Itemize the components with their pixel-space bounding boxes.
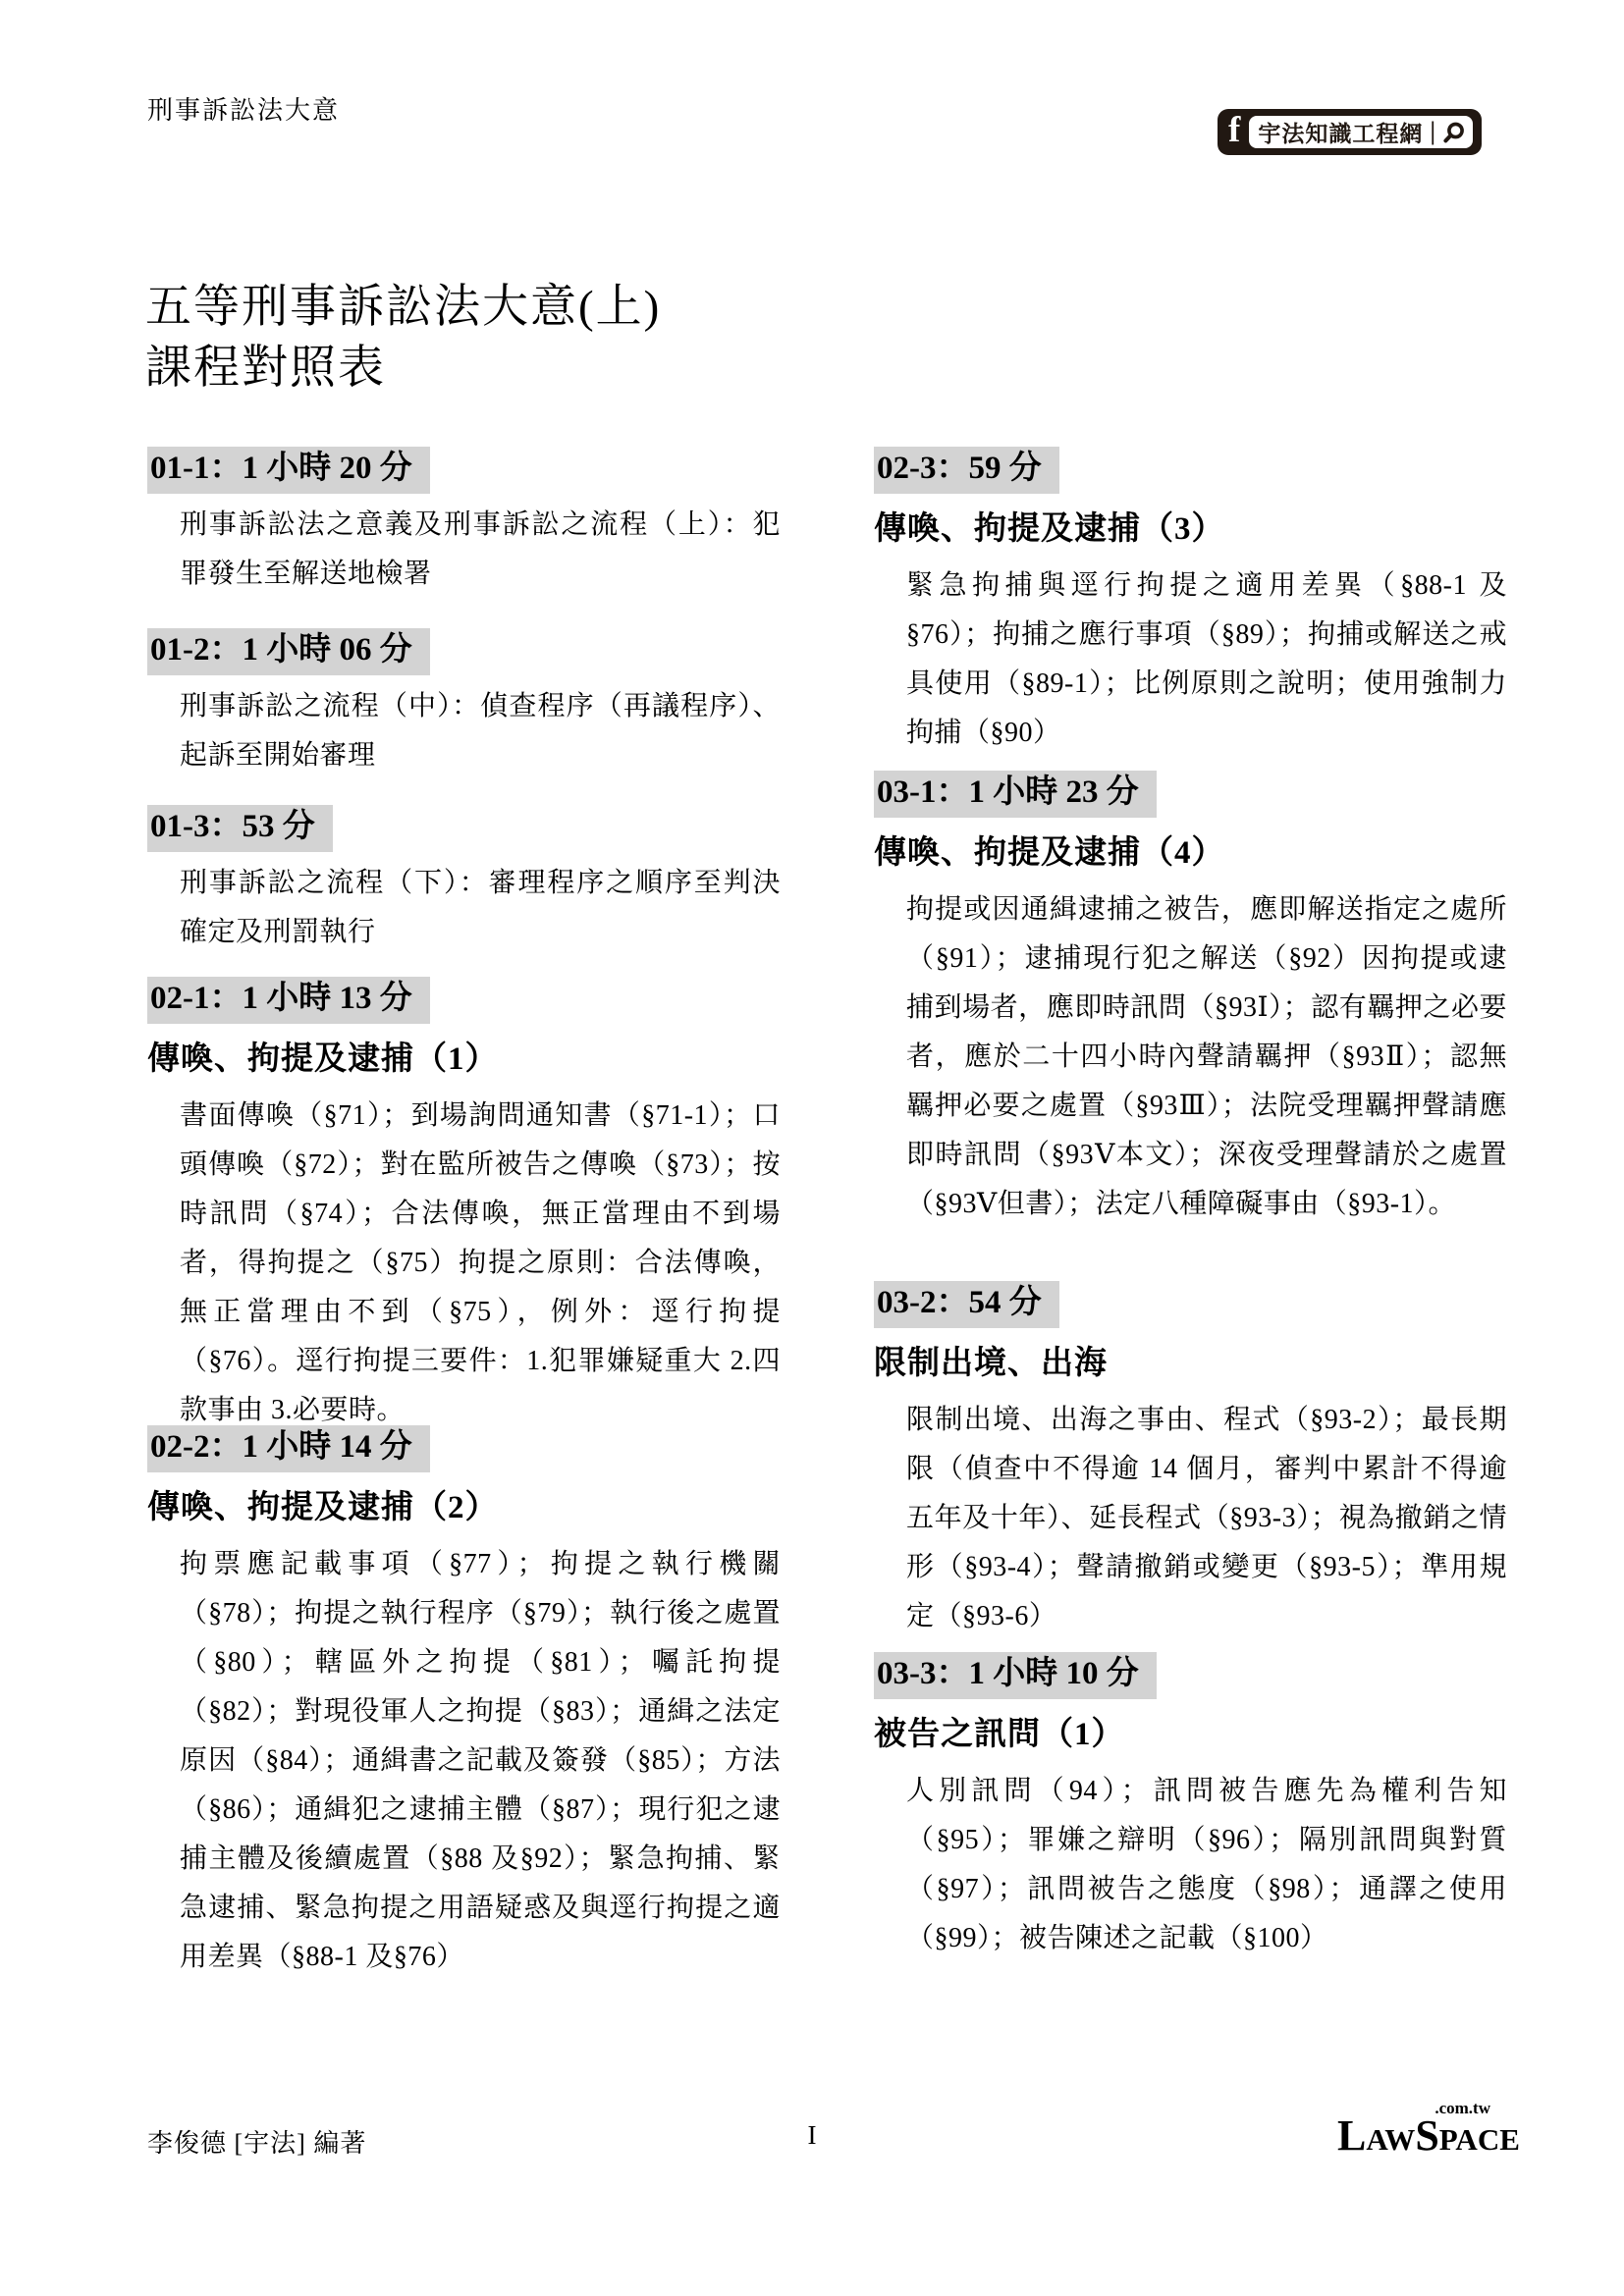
duration-highlight: 03-3：1 小時 10 分	[874, 1652, 1157, 1699]
course-section: 01-2：1 小時 06 分刑事訴訟之流程（中）：偵查程序（再議程序）、起訴至開…	[147, 628, 784, 780]
facebook-search-badge: f 宇法知識工程網 |	[1218, 109, 1482, 155]
duration-highlight: 02-2：1 小時 14 分	[147, 1425, 430, 1472]
section-topic-subtitle: 被告之訊問（1）	[874, 1708, 1510, 1754]
logo-wordmark: LAWSPACE	[1337, 2137, 1520, 2154]
duration-highlight: 03-1：1 小時 23 分	[874, 771, 1157, 818]
course-section: 02-2：1 小時 14 分傳喚、拘提及逮捕（2）拘票應記載事項（§77）；拘提…	[147, 1425, 784, 1982]
section-body: 刑事訴訟之流程（下）：審理程序之順序至判決確定及刑罰執行	[180, 859, 781, 957]
duration-highlight: 02-1：1 小時 13 分	[147, 977, 430, 1024]
running-header: 刑事訴訟法大意	[147, 90, 340, 127]
section-body: 拘提或因通緝逮捕之被告，應即解送指定之處所（§91）；逮捕現行犯之解送（§92）…	[906, 885, 1507, 1229]
course-section: 03-1：1 小時 23 分傳喚、拘提及逮捕（4）拘提或因通緝逮捕之被告，應即解…	[874, 771, 1510, 1229]
section-duration-header: 03-3：1 小時 10 分	[874, 1652, 1510, 1699]
course-section: 02-3：59 分傳喚、拘提及逮捕（3）緊急拘捕與逕行拘提之適用差異（§88-1…	[874, 447, 1510, 758]
section-body: 刑事訴訟法之意義及刑事訴訟之流程（上）：犯罪發生至解送地檢署	[180, 501, 781, 599]
section-topic-subtitle: 傳喚、拘提及逮捕（2）	[147, 1481, 784, 1527]
section-duration-header: 01-2：1 小時 06 分	[147, 628, 784, 675]
badge-site-name: 宇法知識工程網	[1258, 116, 1423, 148]
section-duration-header: 02-2：1 小時 14 分	[147, 1425, 784, 1472]
course-section: 02-1：1 小時 13 分傳喚、拘提及逮捕（1）書面傳喚（§71）；到場詢問通…	[147, 977, 784, 1435]
page-title-line2: 課程對照表	[145, 338, 661, 399]
duration-highlight: 02-3：59 分	[874, 447, 1059, 494]
page-title-line1: 五等刑事訴訟法大意(上)	[145, 277, 661, 338]
logo-letters: AW	[1366, 2122, 1415, 2157]
section-body: 限制出境、出海之事由、程式（§93-2）；最長期限（偵查中不得逾 14 個月，審…	[906, 1396, 1507, 1641]
section-topic-subtitle: 限制出境、出海	[874, 1337, 1510, 1383]
section-body: 拘票應記載事項（§77）；拘提之執行機關（§78）；拘提之執行程序（§79）；執…	[180, 1540, 781, 1982]
section-body: 緊急拘捕與逕行拘提之適用差異（§88-1 及§76）；拘捕之應行事項（§89）；…	[906, 561, 1507, 758]
section-duration-header: 01-3：53 分	[147, 805, 784, 852]
logo-letter: S	[1415, 2111, 1438, 2160]
section-duration-header: 03-2：54 分	[874, 1281, 1510, 1328]
course-section: 01-1：1 小時 20 分刑事訴訟法之意義及刑事訴訟之流程（上）：犯罪發生至解…	[147, 447, 784, 599]
page-title: 五等刑事訴訟法大意(上) 課程對照表	[145, 277, 661, 399]
logo-letter: L	[1337, 2111, 1366, 2160]
course-section: 01-3：53 分刑事訴訟之流程（下）：審理程序之順序至判決確定及刑罰執行	[147, 805, 784, 957]
section-body: 人別訊問（94）；訊問被告應先為權利告知（§95）；罪嫌之辯明（§96）；隔別訊…	[906, 1767, 1507, 1963]
section-body: 刑事訴訟之流程（中）：偵查程序（再議程序）、起訴至開始審理	[180, 682, 781, 780]
section-duration-header: 02-3：59 分	[874, 447, 1510, 494]
lawspace-logo: .com.tw LAWSPACE	[1337, 2100, 1492, 2158]
course-section: 03-3：1 小時 10 分被告之訊問（1）人別訊問（94）；訊問被告應先為權利…	[874, 1652, 1510, 1963]
section-topic-subtitle: 傳喚、拘提及逮捕（3）	[874, 503, 1510, 549]
logo-letters: PACE	[1439, 2122, 1520, 2157]
badge-divider: |	[1430, 117, 1435, 146]
duration-highlight: 01-2：1 小時 06 分	[147, 628, 430, 675]
search-icon	[1442, 121, 1466, 144]
section-topic-subtitle: 傳喚、拘提及逮捕（4）	[874, 827, 1510, 873]
duration-highlight: 03-2：54 分	[874, 1281, 1059, 1328]
duration-highlight: 01-3：53 分	[147, 805, 333, 852]
section-body: 書面傳喚（§71）；到場詢問通知書（§71-1）；口頭傳喚（§72）；對在監所被…	[180, 1092, 781, 1435]
course-section: 03-2：54 分限制出境、出海限制出境、出海之事由、程式（§93-2）；最長期…	[874, 1281, 1510, 1641]
section-topic-subtitle: 傳喚、拘提及逮捕（1）	[147, 1033, 784, 1079]
facebook-icon: f	[1228, 116, 1240, 145]
section-duration-header: 03-1：1 小時 23 分	[874, 771, 1510, 818]
badge-inner-box: 宇法知識工程網 |	[1249, 116, 1473, 148]
duration-highlight: 01-1：1 小時 20 分	[147, 447, 430, 494]
section-duration-header: 01-1：1 小時 20 分	[147, 447, 784, 494]
section-duration-header: 02-1：1 小時 13 分	[147, 977, 784, 1024]
